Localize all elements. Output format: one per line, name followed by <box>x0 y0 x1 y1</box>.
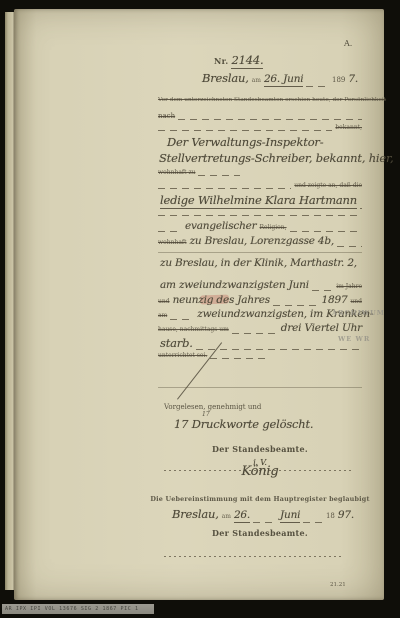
time-pr: hause, nachmittags um <box>158 326 229 333</box>
resident-row: wohnhaft zu <box>158 169 240 176</box>
certification-text: Die Uebereinstimmung mit dem Hauptregist… <box>150 495 369 503</box>
death-place-row: zu Breslau, in der Klinik, Marthastr. 2, <box>160 257 357 269</box>
died-hw: starb. <box>160 336 193 350</box>
notify-row: und zeigte an, daß die <box>158 182 362 189</box>
blank-line <box>158 126 332 131</box>
blank-line <box>170 315 194 320</box>
document-page: A. Nr. 2144. Breslau, am 26. Juni 189 7.… <box>14 9 384 600</box>
declarant-row-2: Stellvertretungs-Schreiber, bekannt, hie… <box>159 151 394 165</box>
blank-line <box>232 329 278 334</box>
year-hw-1: neunzig des Jahres <box>173 294 270 306</box>
known-label: bekannt, <box>335 124 362 131</box>
deceased-name: ledige Wilhelmine Klara Hartmann <box>160 193 357 209</box>
blank-line <box>360 204 362 209</box>
declarant-line-2: Stellvertretungs-Schreiber, bekannt, hie… <box>159 151 394 165</box>
year-digit: 7. <box>348 73 358 85</box>
footer-year-prefix: 18 <box>326 512 335 520</box>
nach-label: nach <box>158 112 175 120</box>
registrar-label-1: Der Standesbeamte. <box>212 444 308 454</box>
read-approved-row: Vorgelesen, genehmigt und <box>164 403 261 411</box>
blank-line <box>290 227 362 232</box>
blank-line <box>210 354 270 359</box>
archive-watermark-line-1: ARCHIWUM <box>332 300 385 326</box>
blank-line <box>306 82 329 87</box>
registrar-signature-1: König <box>241 464 278 479</box>
signature-1-row: König <box>158 464 362 479</box>
scan-background: { "colors": { "background": "#0f0e09", "… <box>0 0 400 618</box>
residence-row: wohnhaft zu Breslau, Lorenzgasse 4b, <box>158 235 362 247</box>
archive-watermark: ARCHIWUM WE WR <box>332 300 385 352</box>
blank-line <box>178 115 362 120</box>
blank-line <box>253 518 277 523</box>
read-approved-text: Vorgelesen, genehmigt und <box>164 403 261 411</box>
declarant-row-1: Der Verwaltungs-Inspektor- <box>167 135 323 149</box>
registrar-row-1: Der Standesbeamte. <box>158 444 362 454</box>
footer-year: 97. <box>338 509 354 521</box>
deleted-words-row: 17 Druckworte gelöscht. <box>174 417 313 431</box>
deceased-name-row: ledige Wilhelmine Klara Hartmann <box>160 193 362 209</box>
date-value: 26. Juni <box>264 73 304 87</box>
footer-day: 26. <box>234 509 250 523</box>
note-pr: unterrichtet sei. <box>158 352 207 359</box>
religion-value: evangelischer <box>185 220 257 232</box>
footer-am-label: am <box>222 513 231 520</box>
signature-rule-2 <box>164 556 344 557</box>
blank-line <box>337 242 362 247</box>
place-value: Breslau, <box>202 71 249 85</box>
blank-line <box>198 171 240 176</box>
registrar-label-2: Der Standesbeamte. <box>212 528 308 538</box>
deleted-words-text: 17 Druckworte gelöscht. <box>174 417 313 431</box>
blank-line <box>158 184 291 189</box>
form-print-number: 21.21 <box>330 582 346 588</box>
form-rule <box>158 387 362 388</box>
cancellation-slash <box>177 342 222 399</box>
date-row: Breslau, am 26. Juni 189 7. <box>202 71 358 87</box>
record-number-row: Nr. 2144. <box>214 53 263 69</box>
blank-line <box>273 301 319 306</box>
record-number-label: Nr. <box>214 56 228 66</box>
day-pr: am <box>158 312 167 319</box>
archive-label-strip: AR IPX IPI VOL 13676 SIG 2 1867 PIC 1 <box>2 604 154 614</box>
page-marker: A. <box>344 39 352 48</box>
death-date-row: am zweiundzwanzigsten Juni im Jahre <box>160 279 362 291</box>
residence-label: wohnhaft <box>158 239 187 246</box>
intro-text: Vor dem unterzeichneten Standesbeamten e… <box>158 97 386 103</box>
resident-label: wohnhaft zu <box>158 169 195 176</box>
record-number-value: 2144. <box>231 53 263 69</box>
archive-watermark-line-2: WE WR <box>332 326 385 352</box>
year-pr-1: und <box>158 298 170 305</box>
am-label: am <box>252 77 261 84</box>
death-date-hw: am zweiundzwanzigsten Juni <box>160 279 309 291</box>
notify-label: und zeigte an, daß die <box>294 182 362 189</box>
religion-label: Religion, <box>260 224 287 231</box>
footer-month: Juni <box>280 509 300 523</box>
religion-row: evangelischer Religion, <box>158 220 362 232</box>
form-rule <box>158 252 362 253</box>
footer-place: Breslau, <box>172 507 219 521</box>
year-prefix: 189 <box>332 76 345 84</box>
blank-line <box>158 227 182 232</box>
blank-row <box>158 211 362 216</box>
residence-value: zu Breslau, Lorenzgasse 4b, <box>190 235 335 247</box>
declarant-line-1: Der Verwaltungs-Inspektor- <box>167 135 323 149</box>
known-row: bekannt, <box>158 124 362 131</box>
blank-line <box>303 518 323 523</box>
archive-label-text: AR IPX IPI VOL 13676 SIG 2 1867 PIC 1 <box>2 606 139 612</box>
death-place: zu Breslau, in der Klinik, Marthastr. 2, <box>160 257 357 269</box>
registrar-row-2: Der Standesbeamte. <box>158 528 362 538</box>
death-date-pr: im Jahre <box>336 283 362 290</box>
certification-row: Die Uebereinstimmung mit dem Hauptregist… <box>158 495 362 503</box>
blank-line <box>312 286 333 291</box>
intro-row-2: nach <box>158 112 362 120</box>
blank-line <box>158 211 362 216</box>
footer-date-row: Breslau, am 26. Juni 18 97. <box>172 507 354 523</box>
intro-row: Vor dem unterzeichneten Standesbeamten e… <box>158 97 362 103</box>
